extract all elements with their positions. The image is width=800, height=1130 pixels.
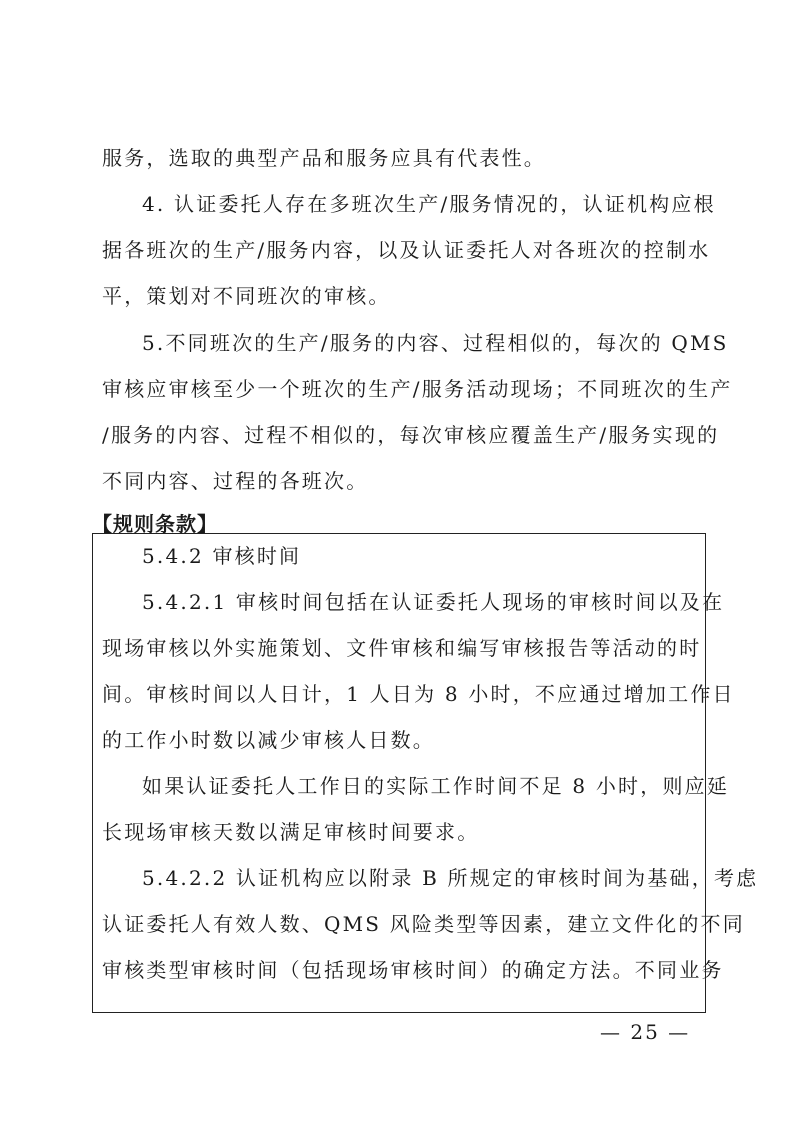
rule-line: 长现场审核天数以满足审核时间要求。 [102, 820, 702, 844]
paragraph-line: /服务的内容、过程不相似的，每次审核应覆盖生产/服务实现的 [102, 423, 702, 447]
page-number: — 25 — [600, 1020, 690, 1044]
rule-line: 的工作小时数以减少审核人日数。 [102, 728, 702, 752]
paragraph-line: 平，策划对不同班次的审核。 [102, 284, 702, 308]
paragraph-line: 不同内容、过程的各班次。 [102, 469, 702, 493]
paragraph-line: 5.不同班次的生产/服务的内容、过程相似的，每次的 QMS [142, 331, 742, 355]
rule-line: 间。审核时间以人日计，1 人日为 8 小时，不应通过增加工作日 [102, 682, 702, 706]
paragraph-line: 审核应审核至少一个班次的生产/服务活动现场；不同班次的生产 [102, 377, 702, 401]
rule-line: 5.4.2 审核时间 [142, 544, 742, 568]
rule-line: 5.4.2.2 认证机构应以附录 B 所规定的审核时间为基础，考虑 [142, 866, 742, 890]
paragraph-line: 服务，选取的典型产品和服务应具有代表性。 [102, 146, 702, 170]
paragraph-line: 据各班次的生产/服务内容，以及认证委托人对各班次的控制水 [102, 238, 702, 262]
rule-line: 审核类型审核时间（包括现场审核时间）的确定方法。不同业务 [102, 958, 702, 982]
paragraph-line: 4. 认证委托人存在多班次生产/服务情况的，认证机构应根 [142, 192, 742, 216]
rule-line: 认证委托人有效人数、QMS 风险类型等因素，建立文件化的不同 [102, 912, 702, 936]
rule-line: 5.4.2.1 审核时间包括在认证委托人现场的审核时间以及在 [142, 590, 742, 614]
rule-line: 现场审核以外实施策划、文件审核和编写审核报告等活动的时 [102, 636, 702, 660]
rule-line: 如果认证委托人工作日的实际工作时间不足 8 小时，则应延 [142, 774, 742, 798]
